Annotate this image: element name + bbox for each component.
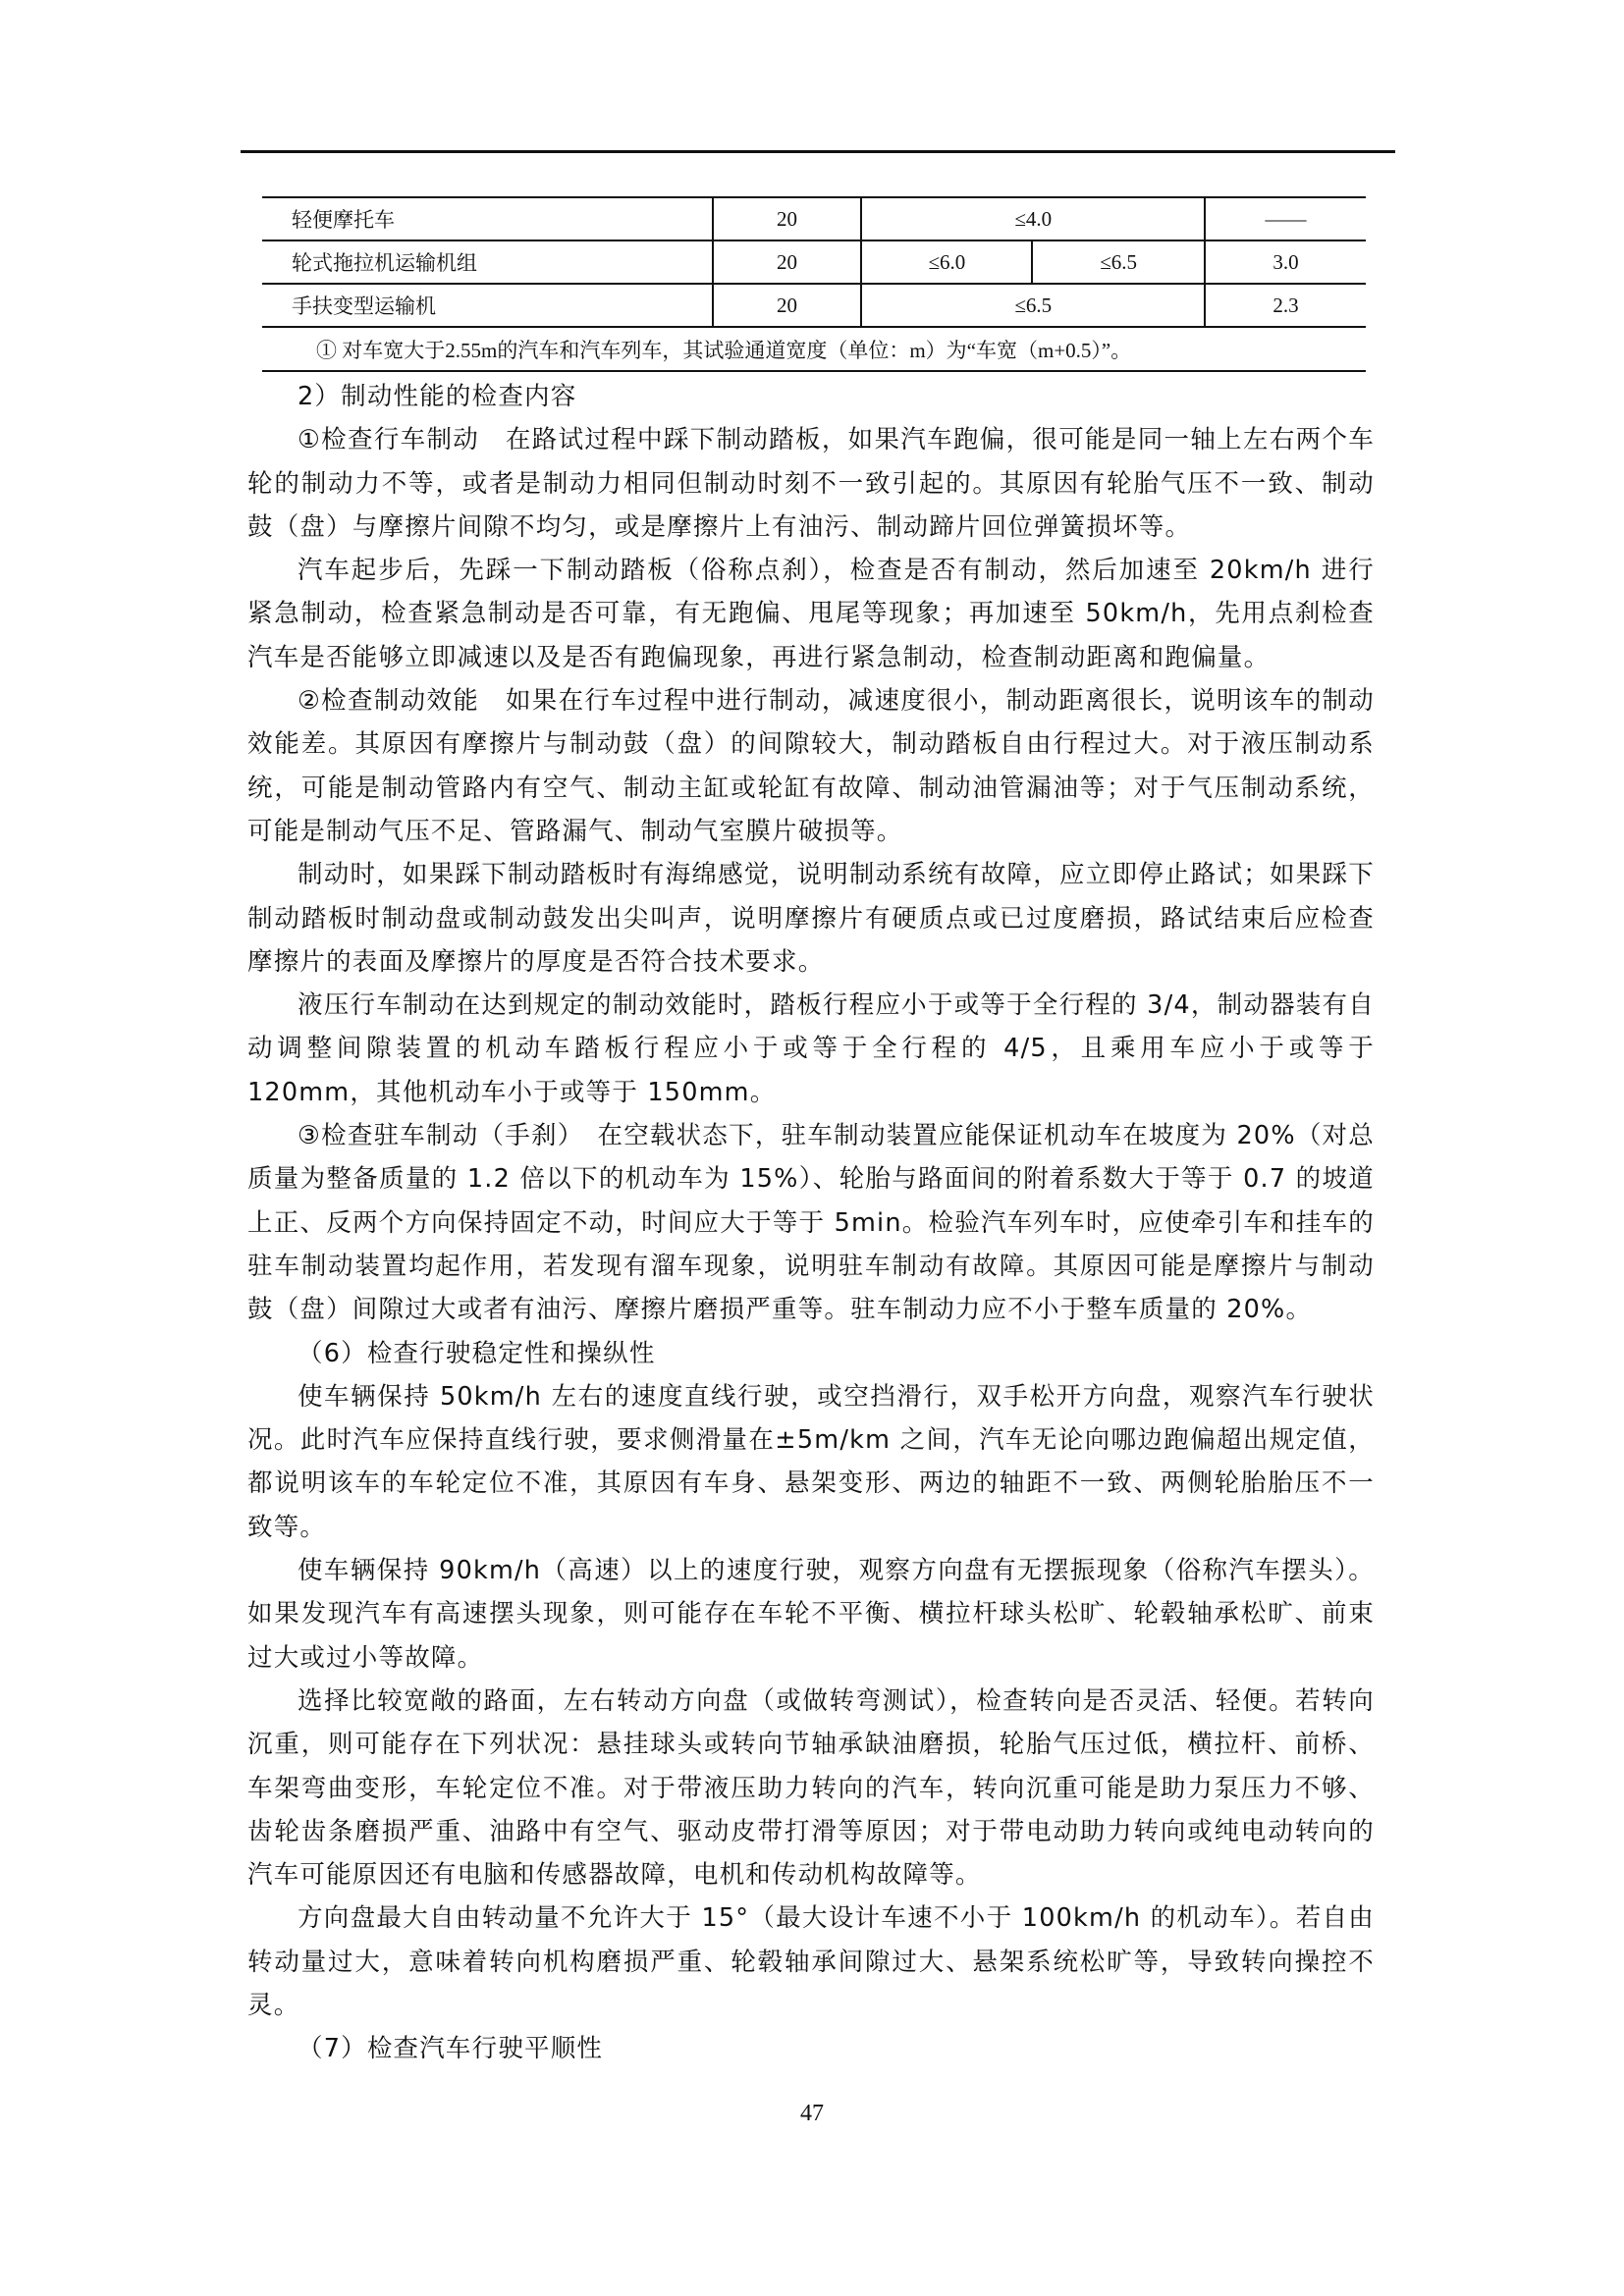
section-heading-stability: （6）检查行驶稳定性和操纵性 [247,1332,1375,1375]
test-channel-table: 轻便摩托车 20 ≤4.0 —— 轮式拖拉机运输机组 20 ≤6.0 ≤6.5 … [262,196,1366,372]
paragraph: ①检查行车制动 在路试过程中踩下制动踏板，如果汽车跑偏，很可能是同一轴上左右两个… [247,418,1375,549]
page-number: 47 [0,2101,1624,2127]
value-cell: 20 [713,240,862,284]
value-cell: —— [1205,197,1366,240]
paragraph: 制动时，如果踩下制动踏板时有海绵感觉，说明制动系统有故障，应立即停止路试；如果踩… [247,853,1375,984]
table-row: 手扶变型运输机 20 ≤6.5 2.3 [262,284,1366,327]
table-footnote: ① 对车宽大于2.55m的汽车和汽车列车，其试验通道宽度（单位：m）为“车宽（m… [262,327,1366,371]
table-footnote-row: ① 对车宽大于2.55m的汽车和汽车列车，其试验通道宽度（单位：m）为“车宽（m… [262,327,1366,371]
header-rule [241,150,1395,153]
value-cell: ≤6.5 [1032,240,1205,284]
paragraph: ②检查制动效能 如果在行车过程中进行制动，减速度很小，制动距离很长，说明该车的制… [247,679,1375,853]
body-text: 2）制动性能的检查内容 ①检查行车制动 在路试过程中踩下制动踏板，如果汽车跑偏，… [247,375,1375,2071]
section-heading-smoothness: （7）检查汽车行驶平顺性 [247,2027,1375,2070]
paragraph: 方向盘最大自由转动量不允许大于 15°（最大设计车速不小于 100km/h 的机… [247,1896,1375,2027]
value-cell: ≤6.0 [861,240,1032,284]
section-heading-braking: 2）制动性能的检查内容 [247,375,1375,418]
paragraph: 使车辆保持 90km/h（高速）以上的速度行驶，观察方向盘有无摆振现象（俗称汽车… [247,1549,1375,1680]
vehicle-type-cell: 轻便摩托车 [262,197,713,240]
paragraph: 汽车起步后，先踩一下制动踏板（俗称点刹），检查是否有制动，然后加速至 20km/… [247,549,1375,679]
vehicle-type-cell: 轮式拖拉机运输机组 [262,240,713,284]
table-row: 轮式拖拉机运输机组 20 ≤6.0 ≤6.5 3.0 [262,240,1366,284]
paragraph: 液压行车制动在达到规定的制动效能时，踏板行程应小于或等于全行程的 3/4，制动器… [247,984,1375,1114]
value-cell: 20 [713,197,862,240]
value-cell: 2.3 [1205,284,1366,327]
value-cell: ≤6.5 [861,284,1205,327]
paragraph: 使车辆保持 50km/h 左右的速度直线行驶，或空挡滑行，双手松开方向盘，观察汽… [247,1375,1375,1549]
value-cell: 20 [713,284,862,327]
vehicle-type-cell: 手扶变型运输机 [262,284,713,327]
value-cell: 3.0 [1205,240,1366,284]
paragraph: 选择比较宽敞的路面，左右转动方向盘（或做转弯测试），检查转向是否灵活、轻便。若转… [247,1680,1375,1896]
value-cell: ≤4.0 [861,197,1205,240]
table-row: 轻便摩托车 20 ≤4.0 —— [262,197,1366,240]
paragraph: ③检查驻车制动（手刹） 在空载状态下，驻车制动装置应能保证机动车在坡度为 20%… [247,1114,1375,1331]
